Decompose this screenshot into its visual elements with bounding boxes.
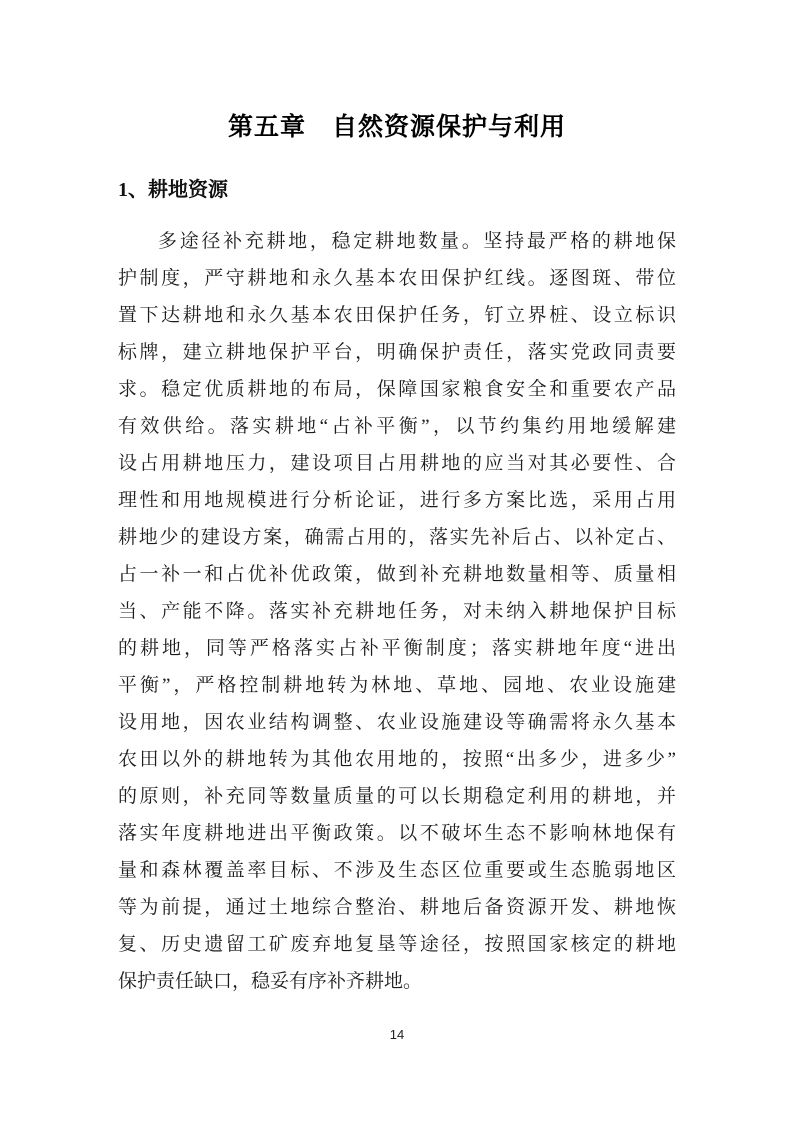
document-page: 第五章 自然资源保护与利用 1、耕地资源 多途径补充耕地，稳定耕地数量。坚持最严… xyxy=(0,0,794,1122)
body-line: 当、产能不降。落实补充耕地任务，对未纳入耕地保护目标 xyxy=(118,593,676,630)
body-line: 农田以外的耕地转为其他农用地的，按照“出多少，进多少” xyxy=(118,741,676,778)
body-line: 求。稳定优质耕地的布局，保障国家粮食安全和重要农产品 xyxy=(118,371,676,408)
body-line: 标牌，建立耕地保护平台，明确保护责任，落实党政同责要 xyxy=(118,334,676,371)
chapter-title: 第五章 自然资源保护与利用 xyxy=(0,108,794,146)
body-line: 多途径补充耕地，稳定耕地数量。坚持最严格的耕地保 xyxy=(118,223,676,260)
section-heading: 1、耕地资源 xyxy=(118,176,228,204)
body-line: 设占用耕地压力，建设项目占用耕地的应当对其必要性、合 xyxy=(118,445,676,482)
body-line: 理性和用地规模进行分析论证，进行多方案比选，采用占用 xyxy=(118,482,676,519)
body-line: 落实年度耕地进出平衡政策。以不破坏生态不影响林地保有 xyxy=(118,815,676,852)
body-line: 保护责任缺口，稳妥有序补齐耕地。 xyxy=(118,963,676,1000)
body-line: 护制度，严守耕地和永久基本农田保护红线。逐图斑、带位 xyxy=(118,260,676,297)
body-line: 的原则，补充同等数量质量的可以长期稳定利用的耕地，并 xyxy=(118,778,676,815)
body-line: 占一补一和占优补优政策，做到补充耕地数量相等、质量相 xyxy=(118,556,676,593)
body-line: 的耕地，同等严格落实占补平衡制度；落实耕地年度“进出 xyxy=(118,630,676,667)
page-number: 14 xyxy=(0,1026,794,1044)
body-line: 有效供给。落实耕地“占补平衡”，以节约集约用地缓解建 xyxy=(118,408,676,445)
body-line: 耕地少的建设方案，确需占用的，落实先补后占、以补定占、 xyxy=(118,519,676,556)
body-line: 量和森林覆盖率目标、不涉及生态区位重要或生态脆弱地区 xyxy=(118,852,676,889)
body-line: 平衡”，严格控制耕地转为林地、草地、园地、农业设施建 xyxy=(118,667,676,704)
body-line: 置下达耕地和永久基本农田保护任务，钉立界桩、设立标识 xyxy=(118,297,676,334)
body-line: 设用地，因农业结构调整、农业设施建设等确需将永久基本 xyxy=(118,704,676,741)
body-line: 复、历史遗留工矿废弃地复垦等途径，按照国家核定的耕地 xyxy=(118,926,676,963)
body-line: 等为前提，通过土地综合整治、耕地后备资源开发、耕地恢 xyxy=(118,889,676,926)
body-paragraph: 多途径补充耕地，稳定耕地数量。坚持最严格的耕地保护制度，严守耕地和永久基本农田保… xyxy=(118,223,676,1000)
